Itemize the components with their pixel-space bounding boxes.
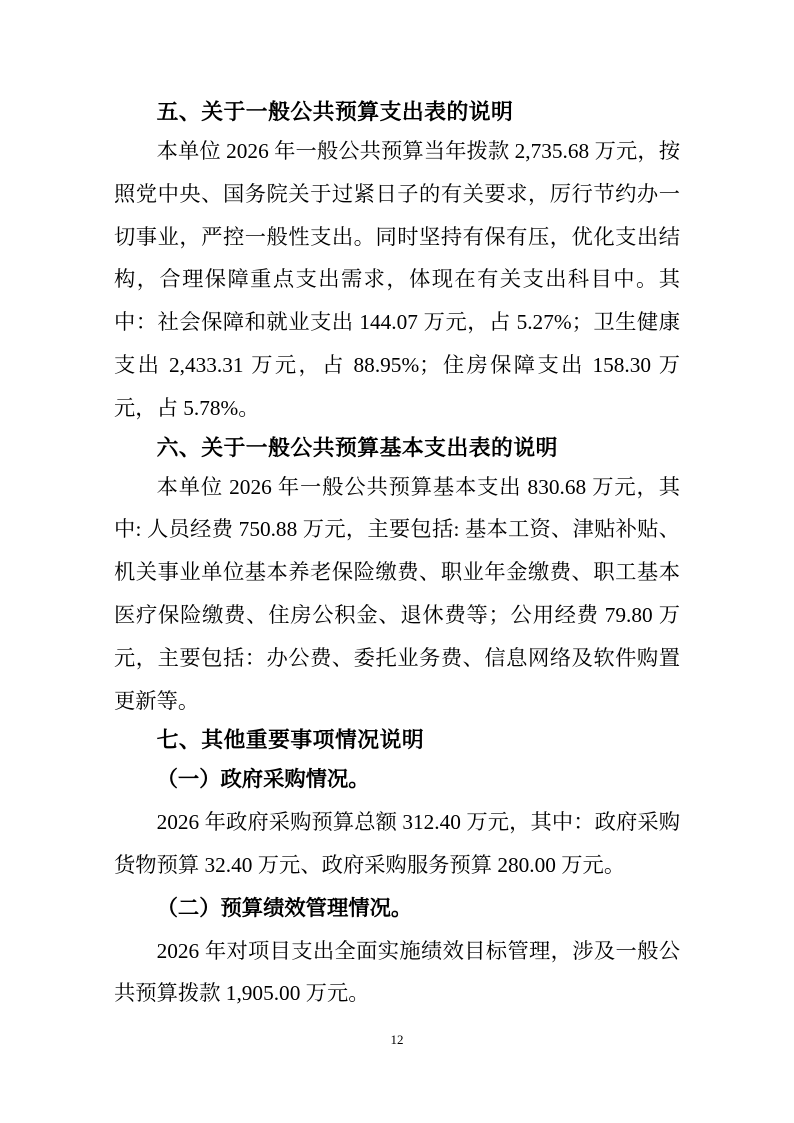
subheading-government-procurement: （一）政府采购情况。	[114, 758, 680, 801]
section-heading-basic-expenditure: 六、关于一般公共预算基本支出表的说明	[114, 430, 680, 466]
paragraph-budget-performance-management: 2026 年对项目支出全面实施绩效目标管理，涉及一般公共预算拨款 1,905.0…	[114, 930, 680, 1016]
paragraph-government-procurement: 2026 年政府采购预算总额 312.40 万元，其中：政府采购货物预算 32.…	[114, 801, 680, 887]
section-heading-general-public-budget-expenditure: 五、关于一般公共预算支出表的说明	[114, 94, 680, 130]
paragraph-basic-expenditure: 本单位 2026 年一般公共预算基本支出 830.68 万元，其中: 人员经费 …	[114, 466, 680, 723]
paragraph-general-public-budget-expenditure: 本单位 2026 年一般公共预算当年拨款 2,735.68 万元，按照党中央、国…	[114, 130, 680, 430]
document-body: 五、关于一般公共预算支出表的说明 本单位 2026 年一般公共预算当年拨款 2,…	[114, 94, 680, 1015]
page-number: 12	[0, 1032, 794, 1048]
subheading-budget-performance-management: （二）预算绩效管理情况。	[114, 887, 680, 930]
document-page: 五、关于一般公共预算支出表的说明 本单位 2026 年一般公共预算当年拨款 2,…	[0, 0, 794, 1123]
section-heading-other-important-matters: 七、其他重要事项情况说明	[114, 722, 680, 758]
